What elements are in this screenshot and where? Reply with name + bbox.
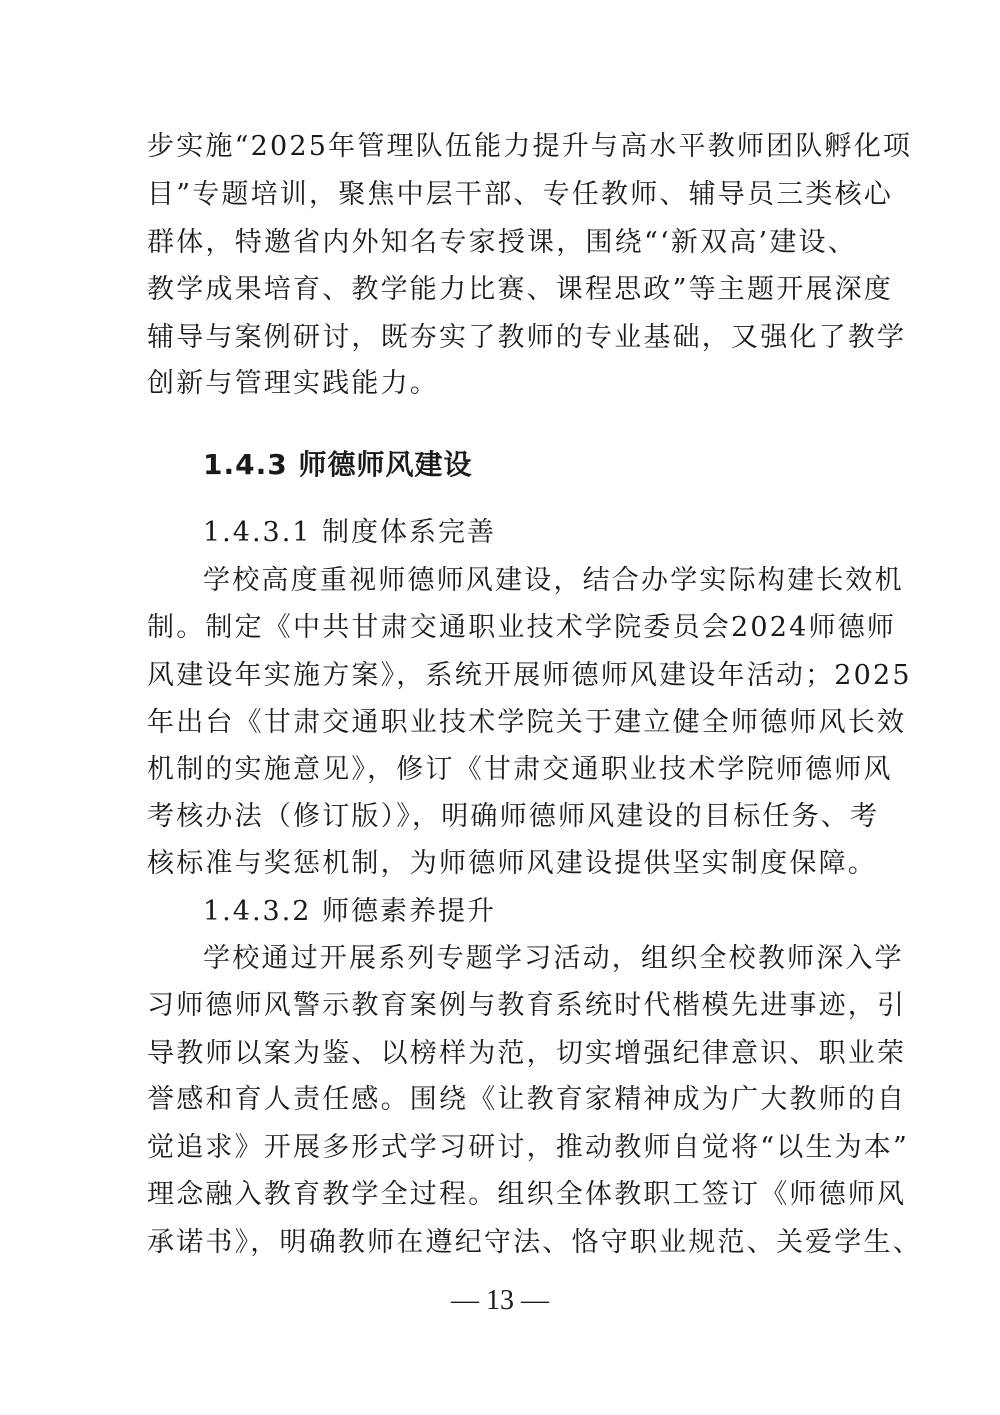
section-heading: 1.4.3 师德师风建设: [203, 448, 472, 482]
subsection-title: 1.4.3.2 师德素养提升: [203, 895, 496, 929]
paragraph-line: 承诺书》，明确教师在遵纪守法、恪守职业规范、关爱学生、: [147, 1226, 857, 1260]
paragraph-line: 制。制定《中共甘肃交通职业技术学院委员会2024师德师: [147, 611, 857, 645]
paragraph-line: 誉感和育人责任感。围绕《让教育家精神成为广大教师的自: [147, 1083, 857, 1117]
page-number: — 13 —: [0, 1284, 1000, 1318]
subsection-title: 1.4.3.1 制度体系完善: [203, 516, 496, 550]
paragraph-line: 年出台《甘肃交通职业技术学院关于建立健全师德师风长效: [147, 706, 857, 740]
paragraph-line: 目”专题培训，聚焦中层干部、专任教师、辅导员三类核心: [147, 178, 857, 212]
paragraph-line: 创新与管理实践能力。: [147, 367, 857, 401]
paragraph-line: 理念融入教育教学全过程。组织全体教职工签订《师德师风: [147, 1178, 857, 1212]
paragraph-line: 导教师以案为鉴、以榜样为范，切实增强纪律意识、职业荣: [147, 1037, 857, 1071]
paragraph-line: 习师德师风警示教育案例与教育系统时代楷模先进事迹，引: [147, 989, 857, 1023]
paragraph-line: 核标准与奖惩机制，为师德师风建设提供坚实制度保障。: [147, 847, 857, 881]
paragraph-line: 考核办法（修订版）》，明确师德师风建设的目标任务、考: [147, 800, 857, 834]
paragraph-line: 风建设年实施方案》，系统开展师德师风建设年活动；2025: [147, 659, 857, 693]
paragraph-line: 觉追求》开展多形式学习研讨，推动教师自觉将“以生为本”: [147, 1131, 857, 1165]
document-page: 步实施“2025年管理队伍能力提升与高水平教师团队孵化项 目”专题培训，聚焦中层…: [0, 0, 1000, 1415]
paragraph-line: 学校通过开展系列专题学习活动，组织全校教师深入学: [203, 942, 857, 976]
paragraph-line: 教学成果培育、教学能力比赛、课程思政”等主题开展深度: [147, 273, 857, 307]
paragraph-line: 辅导与案例研讨，既夯实了教师的专业基础，又强化了教学: [147, 321, 857, 355]
paragraph-line: 机制的实施意见》，修订《甘肃交通职业技术学院师德师风: [147, 753, 857, 787]
paragraph-line: 步实施“2025年管理队伍能力提升与高水平教师团队孵化项: [147, 130, 857, 164]
paragraph-line: 学校高度重视师德师风建设，结合办学实际构建长效机: [203, 564, 857, 598]
paragraph-line: 群体，特邀省内外知名专家授课，围绕“‘新双高’建设、: [147, 226, 857, 260]
